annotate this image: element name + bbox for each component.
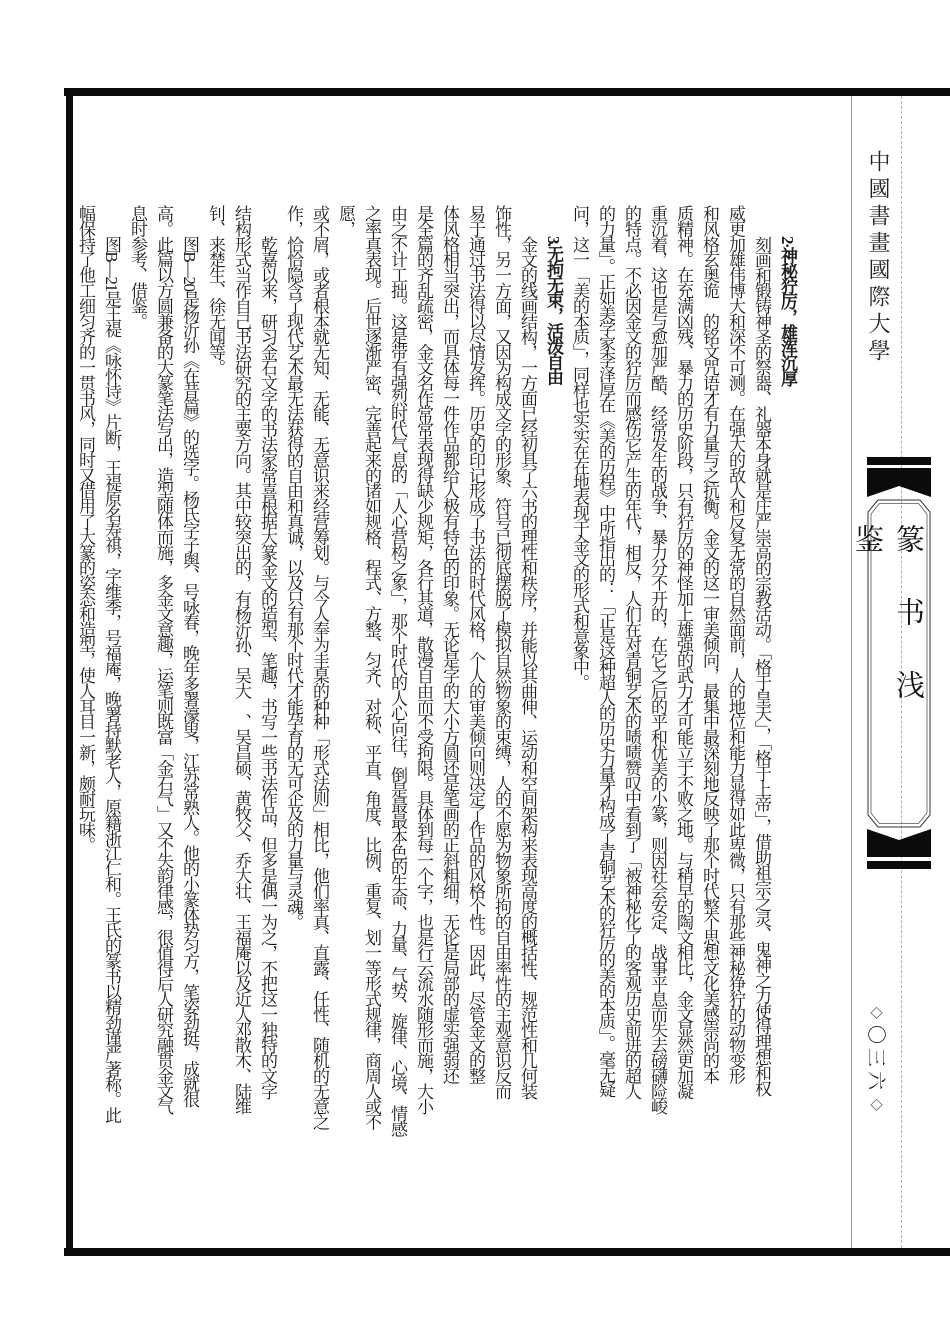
text-column: 刻画和锻铸神圣的祭器、礼器本身就是庄严崇高的宗教活动。「格于皇天」，「格于上帝」…	[748, 205, 774, 1157]
margin-rule-solid	[851, 96, 852, 1248]
section-heading: 2·神秘狞厉，雄浑沉厚	[774, 205, 800, 1157]
text-column: 乾嘉以来，研习金石文字的书法家常喜根据大篆金文的造型、笔趣，书写一些书法作品，但…	[254, 205, 280, 1157]
text-column: 或不屑，或者根本就无知、无能、无意识来经营筹划。与今人奉为圭臬的种种「形式法则」…	[306, 205, 332, 1157]
text-column: 的力量」。正如美学家李泽厚在《美的历程》中所指出的：「正是这种超人的历史力量才构…	[592, 205, 618, 1157]
text-column: 是全篇的齐乱疏密，金文名作常常表现得缺少规矩，各行其道，散漫自由而不受拘限。具体…	[410, 205, 436, 1157]
text-column: 易于通过书法得以尽情发挥。历史的印记形成了书法的时代风格，个人的审美倾向则决定了…	[462, 205, 488, 1157]
section-heading: 3.无拘无束，活泼自由	[540, 205, 566, 1157]
text-column: 体风格相当突出，而具体每一件作品都给人极有特色的印象。无论是字的大小方圆还是笔画…	[436, 205, 462, 1157]
banner-bar-bottom	[867, 861, 931, 869]
text-column: 图B—20是杨沂孙《在昔篇》的选字。杨氏字子舆、号咏春，晚年多署濠叟，江苏常熟人…	[176, 205, 202, 1157]
text-column: 由之不计工拙。这是带有强烈时代气息的「人心营构之象」，那个时代的人心向往，倒是最…	[384, 205, 410, 1157]
university-title: 中國書畫國際大學	[858, 150, 894, 390]
text-column: 问，这一「美的本质」，同样也实实在在地表现于金文的形式和意象中。	[566, 205, 592, 1157]
text-column: 和风格玄奥诡 的铭文咒语才有力量与之抗衡。金文的这一审美倾向，最集中最深刻地反映…	[696, 205, 722, 1157]
text-column: 息时参考、借鉴。	[124, 205, 150, 1157]
page-frame-bottom	[64, 1248, 950, 1256]
folio-digits: 〇三六	[865, 1025, 886, 1094]
banner-ribbon-top-icon	[867, 468, 931, 497]
body-text-block: 2·神秘狞厉，雄浑沉厚刻画和锻铸神圣的祭器、礼器本身就是庄严崇高的宗教活动。「格…	[98, 205, 800, 1157]
text-column: 金文的线画结构，一方面已经初具了六书的理性和秩序，并能以其曲伸、运动和空间架构来…	[514, 205, 540, 1157]
text-column: 结构形式当作自己书法研究的主要方向。其中较突出的，有杨沂孙、吴大 、吴昌硕、黄牧…	[228, 205, 254, 1157]
book-page: 2·神秘狞厉，雄浑沉厚刻画和锻铸神圣的祭器、礼器本身就是庄严崇高的宗教活动。「格…	[0, 0, 950, 1344]
text-column: 重沉着，这也是与愈加严酷、经常发生的战争、暴力分不开的，在它之后的平和优美的小篆…	[644, 205, 670, 1157]
banner-bar-top	[867, 457, 931, 465]
text-column: 饰性，另一方面，又因为构成文字的形象、符号已彻底摆脱了模拟自然物象的束缚，人的不…	[488, 205, 514, 1157]
text-column: 质精神。在充满凶残、暴力的历史阶段，只有狞厉的神怪加上雄强的武力才可能立于不败之…	[670, 205, 696, 1157]
banner-ribbon-bottom-icon	[867, 829, 931, 857]
text-column: 之率真表现。后世逐渐严密、完善起来的诸如规格、程式、方整、匀齐、对称、平直、角度…	[332, 205, 384, 1157]
folio-diamond-icon: ◇	[867, 1002, 884, 1025]
text-column: 图B—21是王禔《咏怀诗》片断，王禔原名寿祺，字维季，号福庵，晚署持默老人，原籍…	[98, 205, 124, 1157]
text-column: 幅保持了他工细匀齐的一贯书风，同时又借用了大篆的姿态和造型，使人耳目一新，颇耐玩…	[72, 205, 98, 1157]
page-frame-top	[64, 88, 950, 96]
text-column: 钊、来楚生、徐无闻等。	[202, 205, 228, 1157]
page-number: ◇〇三六◇	[858, 1002, 896, 1132]
text-column: 高。此篇以方圆兼备的大篆笔法写出，造型随体而施，多金文意趣，运笔则既富「金石气」…	[150, 205, 176, 1157]
book-title: 篆书浅鉴	[869, 512, 929, 812]
text-column: 作，恰恰隐含了现代艺术最无法获得的自由和真诚，以及只有那个时代才能孕育的无可企及…	[280, 205, 306, 1157]
folio-diamond-icon: ◇	[867, 1094, 884, 1117]
text-column: 的特点。不必因金文的狞厉而感伤它产生的年代，相反，人们在对青铜艺术的啧啧赞叹中看…	[618, 205, 644, 1157]
text-column: 威更加雄伟博大和深不可测。在强大的敌人和反复无常的自然面前，人的地位和能力显得如…	[722, 205, 748, 1157]
